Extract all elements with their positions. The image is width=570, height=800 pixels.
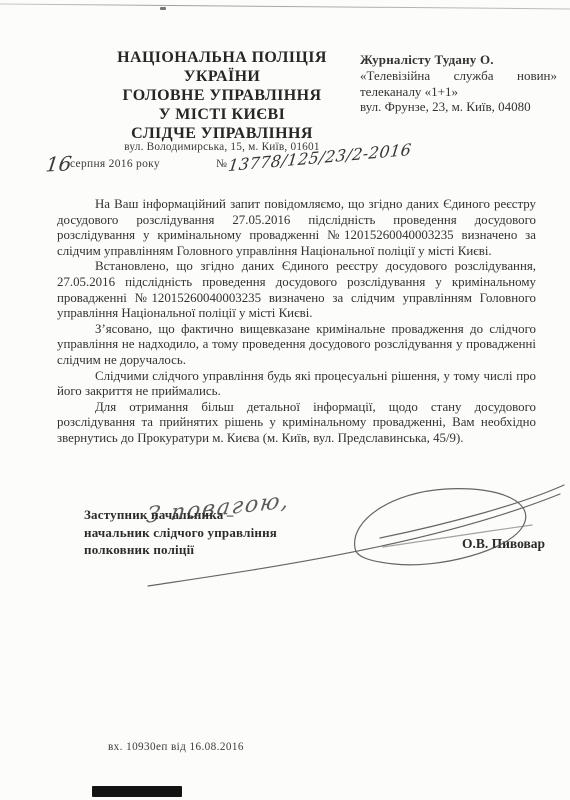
handwritten-day: 16 (44, 151, 73, 176)
body-paragraph: З’ясовано, що фактично вищевказане кримі… (57, 322, 536, 369)
recipient-address: вул. Фрунзе, 23, м. Київ, 04080 (360, 99, 557, 115)
scanned-letter-page: НАЦІОНАЛЬНА ПОЛІЦІЯ УКРАЇНИ ГОЛОВНЕ УПРА… (0, 0, 570, 800)
recipient-block: Журналісту Тудану О. «Телевізійна служба… (360, 52, 557, 115)
letterhead-org-block: НАЦІОНАЛЬНА ПОЛІЦІЯ УКРАЇНИ ГОЛОВНЕ УПРА… (88, 48, 356, 143)
signature-autograph-icon (130, 476, 570, 601)
scan-artifact-speck (160, 7, 166, 10)
recipient-name: Журналісту Тудану О. (360, 52, 557, 68)
date-and-number-line: 16 серпня 2016 року № 13778/125/23/2-201… (44, 150, 464, 190)
recipient-channel: телеканалу «1+1» (360, 84, 557, 100)
body-paragraph: Слідчими слідчого управління будь які пр… (57, 369, 536, 400)
org-line: УКРАЇНИ (88, 67, 356, 86)
scan-artifact-line (0, 3, 570, 9)
recipient-organization: «Телевізійна служба новин» (360, 68, 557, 84)
letter-body: На Ваш інформаційний запит повідомляємо,… (57, 197, 536, 447)
printed-date: серпня 2016 року (70, 158, 160, 170)
org-line: У МІСТІ КИЄВІ (88, 105, 356, 124)
incoming-stamp: вх. 10930еп від 16.08.2016 (108, 741, 244, 753)
org-line: ГОЛОВНЕ УПРАВЛІННЯ (88, 86, 356, 105)
scan-artifact-bar (92, 786, 182, 797)
number-sign: № (216, 158, 227, 170)
body-paragraph: Для отримання більш детальної інформації… (57, 400, 536, 447)
org-line: НАЦІОНАЛЬНА ПОЛІЦІЯ (88, 48, 356, 67)
body-paragraph: На Ваш інформаційний запит повідомляємо,… (57, 197, 536, 259)
body-paragraph: Встановлено, що згідно даних Єдиного реє… (57, 259, 536, 321)
